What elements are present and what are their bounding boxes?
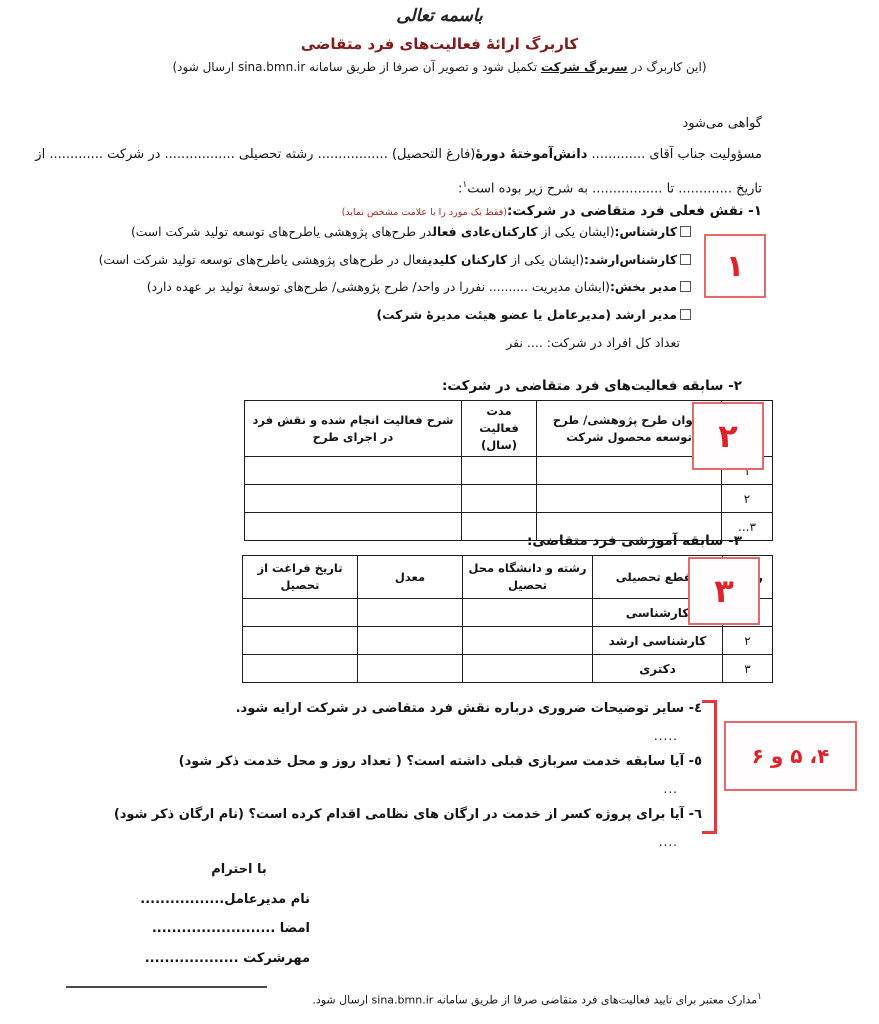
section1-heading-text: ۱- نقش فعلی فرد متقاضی در شرکت: <box>507 203 762 219</box>
row-number-cell: ۲ <box>722 485 773 513</box>
company-seal-line: مهرشرکت ................... <box>128 944 310 974</box>
intro-line1-bold: دانش‌آموختهٔ دورهٔ <box>475 147 587 162</box>
major-university-input-cell[interactable] <box>463 655 593 683</box>
section-activity-history: ۲- سابقه فعالیت‌های فرد متقاضی در شرکت: … <box>100 378 762 541</box>
annotation-box-1: ۱ <box>704 234 766 298</box>
item5-answer-dots[interactable]: ... <box>100 776 702 803</box>
annotation-box-2: ۲ <box>692 402 764 470</box>
certify-line: گواهی می‌شود <box>110 108 762 139</box>
col-header-duration: مدت فعالیت (سال) <box>462 401 537 457</box>
item5-text: ٥- آیا سابقه خدمت سربازی قبلی داشته است؟… <box>100 749 702 776</box>
footnote-body: مدارک معتبر برای تایید فعالیت‌های فرد مت… <box>312 994 757 1007</box>
annotation-box-3: ۳ <box>688 557 760 625</box>
gpa-input-cell[interactable] <box>358 627 463 655</box>
page-title: کاربرگ ارائهٔ فعالیت‌های فرد متقاضی <box>0 35 879 53</box>
duration-input-cell[interactable] <box>462 457 537 485</box>
subtitle-post: تکمیل شود و تصویر آن صرفا از طریق سامانه… <box>172 60 540 74</box>
footnote-separator <box>66 986 267 988</box>
intro-line1-pre: مسؤولیت جناب آقای ............. <box>587 147 762 162</box>
section2-heading: ۲- سابقه فعالیت‌های فرد متقاضی در شرکت: <box>100 378 762 394</box>
bismillah-calligraphy: باسمه تعالی <box>0 6 879 26</box>
major-university-input-cell[interactable] <box>463 599 593 627</box>
degree-level-cell: دکتری <box>593 655 723 683</box>
option-label: کارشناس‌ارشد: <box>584 253 677 267</box>
checkbox-karshenas[interactable] <box>680 226 691 237</box>
description-input-cell[interactable] <box>245 485 462 513</box>
item4-answer-dots[interactable]: ..... <box>100 723 702 750</box>
col-header-activity-description: شرح فعالیت انجام شده و نقش فرد در اجرای … <box>245 401 462 457</box>
option-pre: (ایشان مدیریت .......... نفررا در واحد/ … <box>147 280 610 294</box>
annotation-bracket-4-5-6 <box>702 700 717 834</box>
intro-line2: تاریخ ............. تا .................… <box>110 170 762 204</box>
major-university-input-cell[interactable] <box>463 627 593 655</box>
page-subtitle: (این کاربرگ در سربرگ شرکت تکمیل شود و تص… <box>0 60 879 74</box>
item6-text: ٦- آیا برای پروژه کسر از خدمت در ارگان ه… <box>100 802 702 829</box>
role-option-modir-bakhsh: مدیر بخش:(ایشان مدیریت .......... نفررا … <box>100 274 762 302</box>
section1-heading: ۱- نقش فعلی فرد متقاضی در شرکت:(فقط یک م… <box>100 203 762 219</box>
graduation-date-input-cell[interactable] <box>243 627 358 655</box>
col-header-gpa: معدل <box>358 556 463 599</box>
option-label: کارشناس: <box>615 225 677 239</box>
ceo-name-line: نام مدیرعامل................. <box>128 885 310 915</box>
option-pre: (ایشان یکی از <box>538 225 615 239</box>
section-education-history: ۳- سابقه آموزشی فرد متقاضی: ردیف مقطع تح… <box>100 533 762 683</box>
checkbox-modir-bakhsh[interactable] <box>680 281 691 292</box>
row-number-cell: ۲ <box>723 627 773 655</box>
option-post: فعال در طرح‌های پژوهشی یاطرح‌های توسعه ت… <box>99 253 428 267</box>
regards-line: با احترام <box>128 855 310 885</box>
intro-line1-post: (فارغ التحصیل) ................. رشته تح… <box>35 147 475 162</box>
degree-level-cell: کارشناسی ارشد <box>593 627 723 655</box>
item4-text: ٤- سایر توضیحات ضروری درباره نقش فرد متق… <box>100 696 702 723</box>
total-staff-line: تعداد کل افراد در شرکت: .... نفر <box>100 329 762 356</box>
gpa-input-cell[interactable] <box>358 599 463 627</box>
option-bold: کارکنان‌عادی فعال <box>432 225 537 239</box>
option-pre: (ایشان یکی از <box>507 253 584 267</box>
annotation-box-4-5-6: ۴، ۵ و ۶ <box>724 721 857 791</box>
graduation-date-input-cell[interactable] <box>243 599 358 627</box>
subtitle-letterhead-bold: سربرگ شرکت <box>541 60 628 74</box>
checkbox-modir-arshad[interactable] <box>680 309 691 320</box>
item6-answer-dots[interactable]: .... <box>100 829 702 856</box>
option-label: مدیر بخش: <box>610 280 677 294</box>
section-current-role: ۱- نقش فعلی فرد متقاضی در شرکت:(فقط یک م… <box>100 203 762 356</box>
section3-heading: ۳- سابقه آموزشی فرد متقاضی: <box>100 533 762 549</box>
project-title-input-cell[interactable] <box>537 485 722 513</box>
footnote-mark: ۱ <box>757 992 762 1002</box>
footnote-text: ۱مدارک معتبر برای تایید فعالیت‌های فرد م… <box>100 992 762 1007</box>
option-label: مدیر ارشد (مدیرعامل یا عضو هیئت مدیرهٔ ش… <box>377 308 677 322</box>
col-header-graduation-date: تاریخ فراغت از تحصیل <box>243 556 358 599</box>
graduation-date-input-cell[interactable] <box>243 655 358 683</box>
description-input-cell[interactable] <box>245 457 462 485</box>
row-number-cell: ۳ <box>723 655 773 683</box>
intro-paragraph: گواهی می‌شود مسؤولیت جناب آقای .........… <box>110 108 762 204</box>
section-items-4-5-6: ٤- سایر توضیحات ضروری درباره نقش فرد متق… <box>100 696 702 855</box>
form-header: باسمه تعالی کاربرگ ارائهٔ فعالیت‌های فرد… <box>0 6 879 74</box>
option-post: در طرح‌های پژوهشی یاطرح‌های توسعه تولید … <box>131 225 432 239</box>
signature-block: با احترام نام مدیرعامل................. … <box>128 855 310 973</box>
col-header-major-university: رشته و دانشگاه محل تحصیل <box>463 556 593 599</box>
subtitle-pre: (این کاربرگ در <box>628 60 707 74</box>
table-row: ۳ دکتری <box>243 655 773 683</box>
intro-line2-text: تاریخ ............. تا .................… <box>467 181 762 196</box>
section1-heading-note: (فقط یک مورد را با علامت مشخص نماید) <box>342 207 507 218</box>
form-page: باسمه تعالی کاربرگ ارائهٔ فعالیت‌های فرد… <box>0 0 879 1024</box>
gpa-input-cell[interactable] <box>358 655 463 683</box>
table-row: ۲ <box>245 485 773 513</box>
role-option-karshenas-arshad: کارشناس‌ارشد:(ایشان یکی از کارکنان کلیدی… <box>100 247 762 275</box>
table-row: ۲ کارشناسی ارشد <box>243 627 773 655</box>
intro-line1: مسؤولیت جناب آقای ............. دانش‌آمو… <box>110 139 762 170</box>
checkbox-karshenas-arshad[interactable] <box>680 254 691 265</box>
role-option-modir-arshad: مدیر ارشد (مدیرعامل یا عضو هیئت مدیرهٔ ش… <box>100 302 762 330</box>
role-option-karshenas: کارشناس:(ایشان یکی از کارکنان‌عادی فعالد… <box>100 219 762 247</box>
signature-line[interactable]: امضا ......................... <box>128 914 310 944</box>
duration-input-cell[interactable] <box>462 485 537 513</box>
option-bold: کارکنان کلیدی <box>428 253 507 267</box>
